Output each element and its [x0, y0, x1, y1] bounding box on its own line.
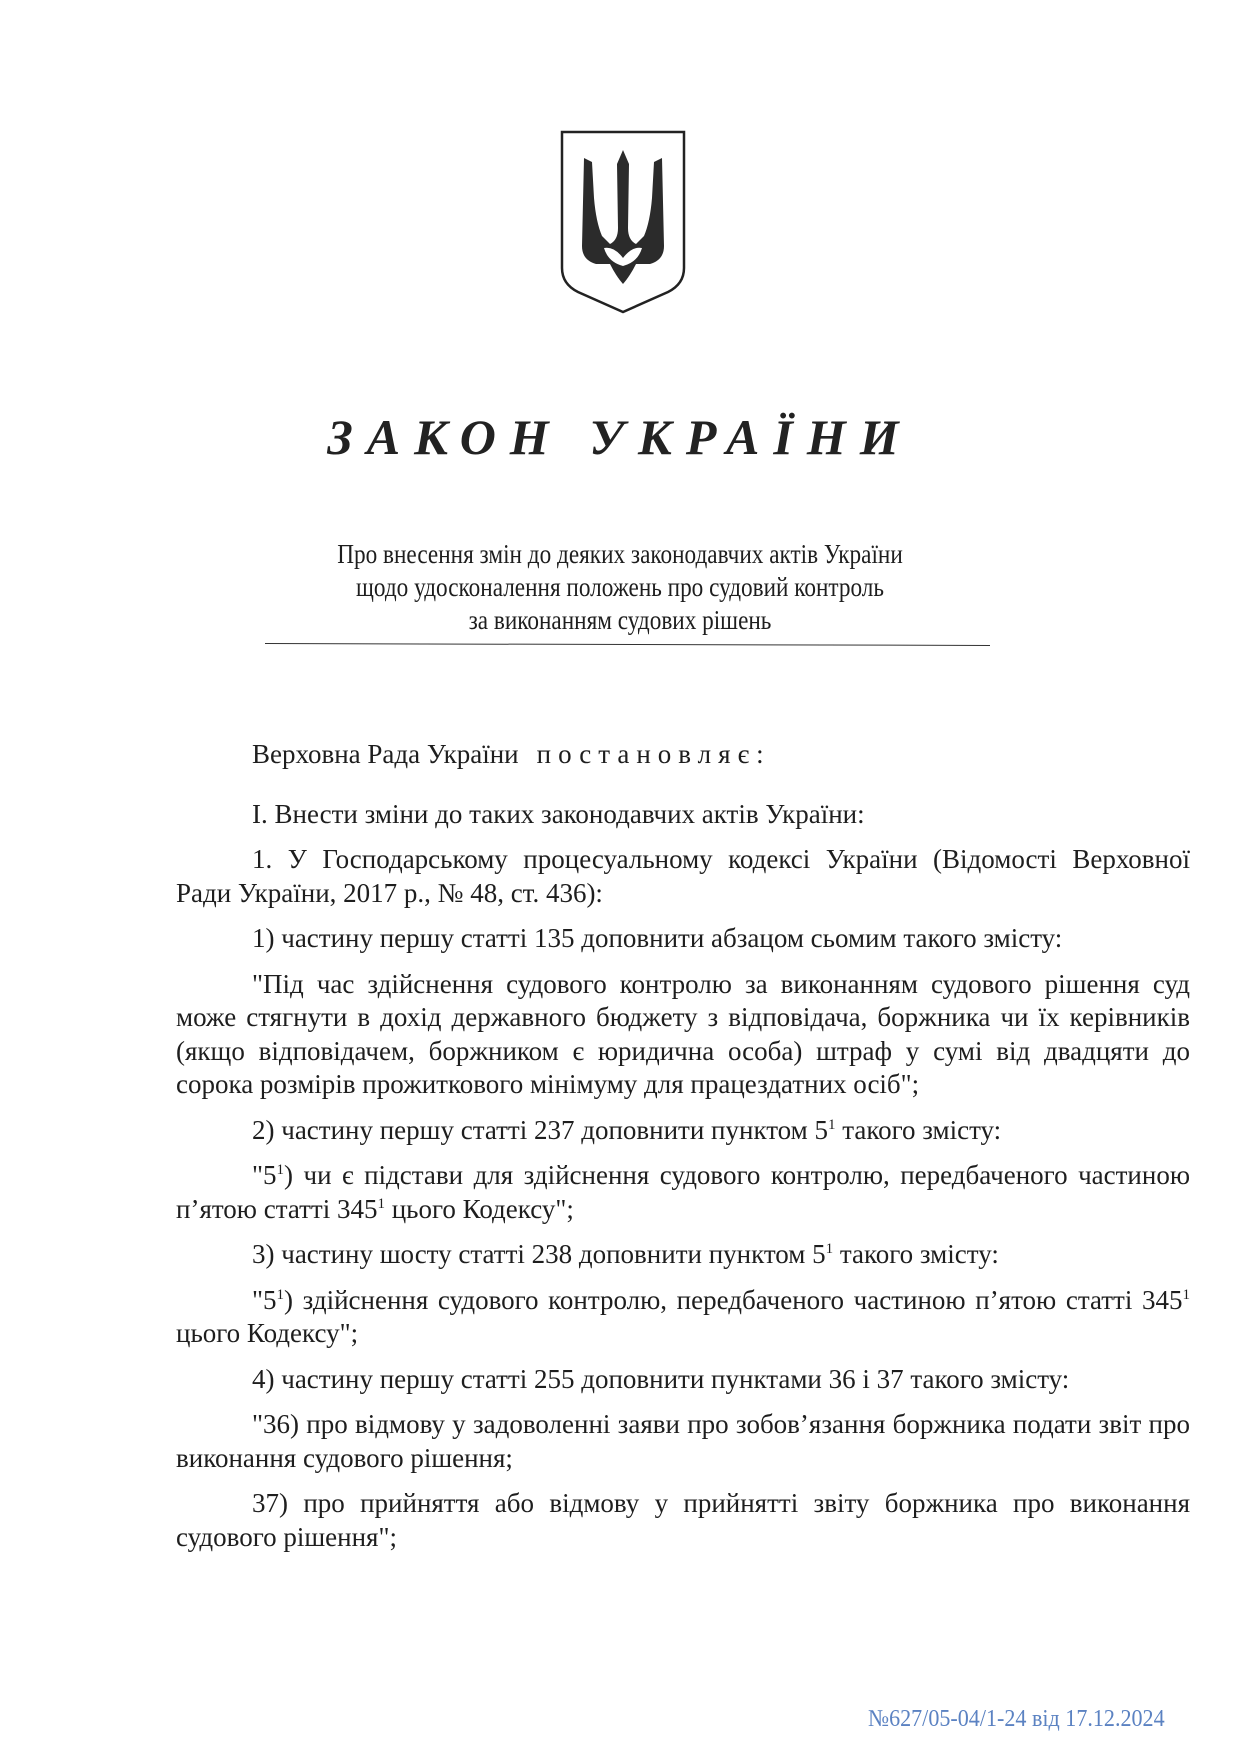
paragraph: 37) про прийняття або відмову у прийнятт…: [176, 1487, 1190, 1554]
subtitle-line: щодо удосконалення положень про судовий …: [87, 571, 1153, 604]
title-divider: [265, 643, 990, 646]
preamble-text: Верховна Рада України: [252, 739, 519, 769]
paragraph: 4) частину першу статті 255 доповнити пу…: [176, 1363, 1190, 1397]
paragraph-text: цього Кодексу";: [176, 1318, 358, 1348]
coat-of-arms-icon: [558, 128, 688, 314]
paragraph-text: такого змісту:: [833, 1239, 999, 1269]
superscript: 1: [277, 1162, 285, 1178]
paragraph: 3) частину шосту статті 238 доповнити пу…: [176, 1238, 1190, 1272]
paragraph: 1. У Господарському процесуальному кодек…: [176, 843, 1190, 910]
superscript: 1: [377, 1196, 385, 1212]
paragraph-text: 3) частину шосту статті 238 доповнити пу…: [252, 1239, 826, 1269]
paragraph: "36) про відмову у задоволенні заяви про…: [176, 1408, 1190, 1475]
subtitle-line: за виконанням судових рішень: [87, 604, 1153, 637]
paragraph-text: такого змісту:: [835, 1115, 1001, 1145]
document-page: ЗАКОН УКРАЇНИ Про внесення змін до деяки…: [0, 0, 1240, 1753]
paragraph: "Під час здійснення судового контролю за…: [176, 968, 1190, 1102]
preamble: Верховна Рада Українипостановляє:: [176, 738, 1190, 772]
superscript: 1: [277, 1287, 285, 1303]
document-title: ЗАКОН УКРАЇНИ: [0, 408, 1240, 466]
paragraph-text: цього Кодексу";: [385, 1194, 574, 1224]
paragraph: "51) чи є підстави для здійснення судово…: [176, 1159, 1190, 1226]
superscript: 1: [1183, 1287, 1191, 1303]
paragraph-text: "5: [252, 1160, 277, 1190]
paragraph: I. Внести зміни до таких законодавчих ак…: [176, 798, 1190, 832]
paragraph-text: ) чи є підстави для здійснення судового …: [176, 1160, 1190, 1224]
subtitle-line: Про внесення змін до деяких законодавчих…: [87, 538, 1153, 571]
document-body: Верховна Рада Українипостановляє: I. Вне…: [176, 738, 1190, 1566]
paragraph: "51) здійснення судового контролю, перед…: [176, 1284, 1190, 1351]
paragraph: 1) частину першу статті 135 доповнити аб…: [176, 922, 1190, 956]
registration-stamp: №627/05-04/1-24 від 17.12.2024: [868, 1706, 1165, 1733]
preamble-spaced: постановляє:: [537, 739, 771, 769]
paragraph-text: "5: [252, 1285, 277, 1315]
paragraph: 2) частину першу статті 237 доповнити пу…: [176, 1114, 1190, 1148]
paragraph-text: ) здійснення судового контролю, передбач…: [284, 1285, 1182, 1315]
paragraph-text: 2) частину першу статті 237 доповнити пу…: [252, 1115, 828, 1145]
document-subtitle: Про внесення змін до деяких законодавчих…: [87, 538, 1153, 637]
